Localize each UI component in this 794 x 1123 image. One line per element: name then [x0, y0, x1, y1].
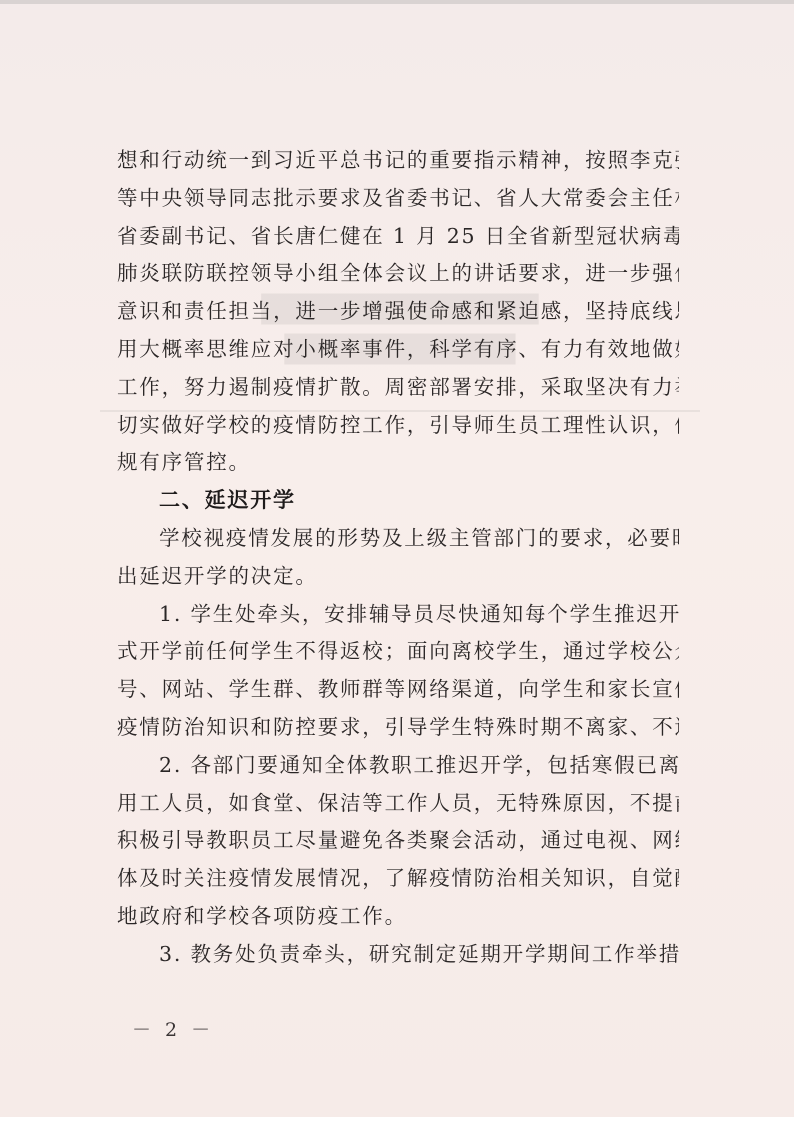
- text-line: 体及时关注疫情发展情况，了解疫情防治相关知识，自觉配合当: [117, 860, 679, 898]
- page-number: － 2 －: [132, 1015, 214, 1042]
- text-line: 意识和责任担当，进一步增强使命感和紧迫感，坚持底线思维，: [117, 293, 679, 331]
- text-line: 积极引导教职员工尽量避免各类聚会活动，通过电视、网络等媒: [117, 822, 679, 860]
- text-line: 3. 教务处负责牵头，研究制定延期开学期间工作举措，根据: [117, 936, 679, 974]
- paragraph-section: 学校视疫情发展的形势及上级主管部门的要求，必要时将作 出延迟开学的决定。: [117, 520, 679, 596]
- list-item-3: 3. 教务处负责牵头，研究制定延期开学期间工作举措，根据: [117, 936, 679, 974]
- page-top-edge: [0, 0, 794, 4]
- text-line: 疫情防治知识和防控要求，引导学生特殊时期不离家、不返校。: [117, 709, 679, 747]
- text-line: 规有序管控。: [117, 444, 679, 482]
- text-line: 切实做好学校的疫情防控工作，引导师生员工理性认识，依法依: [117, 407, 679, 445]
- text-line: 用大概率思维应对小概率事件，科学有序、有力有效地做好防控: [117, 331, 679, 369]
- page-bottom-edge: [0, 1117, 794, 1123]
- text-line: 2. 各部门要通知全体教职工推迟开学，包括寒假已离岗临时: [117, 747, 679, 785]
- text-line: 肺炎联防联控领导小组全体会议上的讲话要求，进一步强化风险: [117, 255, 679, 293]
- text-line: 想和行动统一到习近平总书记的重要指示精神，按照李克强总理: [117, 142, 679, 180]
- section-heading: 二、延迟开学: [117, 482, 679, 520]
- text-line: 工作，努力遏制疫情扩散。周密部署安排，采取坚决有力举措，: [117, 369, 679, 407]
- text-line: 等中央领导同志批示要求及省委书记、省人大常委会主任林铎，: [117, 180, 679, 218]
- document-page: ▇▇▇▇▇▇▇▇▇▇▇▇ ▇▇▇▇▇▇▇▇▇▇ 想和行动统一到习近平总书记的重要…: [0, 0, 794, 1123]
- list-item-1: 1. 学生处牵头，安排辅导员尽快通知每个学生推迟开学，正 式开学前任何学生不得返…: [117, 596, 679, 747]
- text-line: 号、网站、学生群、教师群等网络渠道，向学生和家长宣传普及: [117, 671, 679, 709]
- text-line: 用工人员，如食堂、保洁等工作人员，无特殊原因，不提前返校；: [117, 785, 679, 823]
- text-line: 地政府和学校各项防疫工作。: [117, 898, 679, 936]
- text-line: 1. 学生处牵头，安排辅导员尽快通知每个学生推迟开学，正: [117, 596, 679, 634]
- document-body: 想和行动统一到习近平总书记的重要指示精神，按照李克强总理 等中央领导同志批示要求…: [117, 142, 679, 974]
- text-line: 式开学前任何学生不得返校；面向离校学生，通过学校公众微信: [117, 633, 679, 671]
- paragraph-intro: 想和行动统一到习近平总书记的重要指示精神，按照李克强总理 等中央领导同志批示要求…: [117, 142, 679, 482]
- text-line: 学校视疫情发展的形势及上级主管部门的要求，必要时将作: [117, 520, 679, 558]
- text-line: 省委副书记、省长唐仁健在 1 月 25 日全省新型冠状病毒感染的: [117, 218, 679, 256]
- list-item-2: 2. 各部门要通知全体教职工推迟开学，包括寒假已离岗临时 用工人员，如食堂、保洁…: [117, 747, 679, 936]
- text-line: 出延迟开学的决定。: [117, 558, 679, 596]
